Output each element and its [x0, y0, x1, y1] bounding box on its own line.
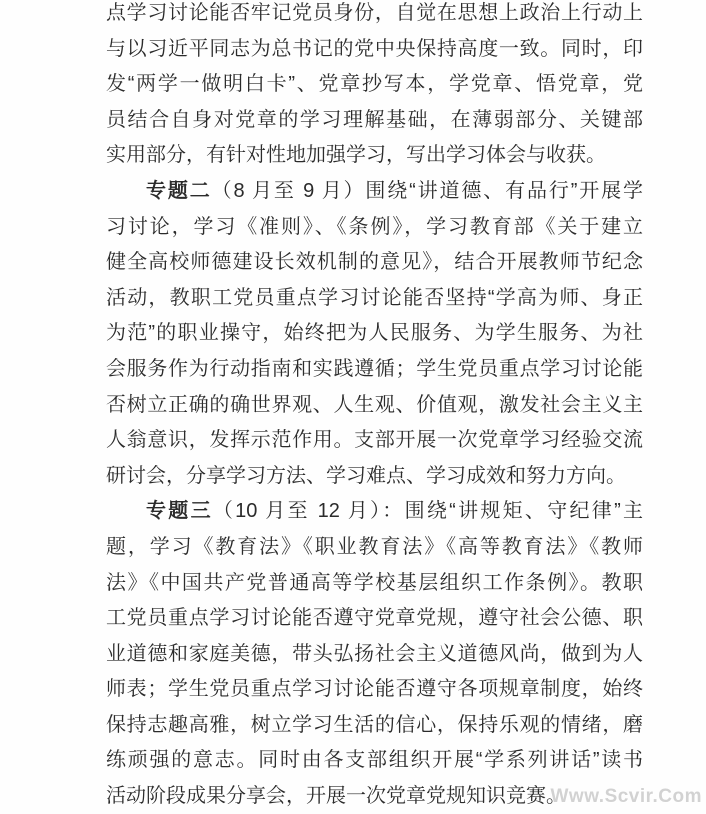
line-text: （10 月至 12 月）：围绕“讲规矩、守纪律”主: [213, 500, 643, 522]
line-text: （8 月至 9 月）围绕“讲道德、有品行”开展学: [212, 180, 643, 202]
text-line: 题，学习《教育法》《职业教育法》《高等教育法》《教师: [106, 530, 643, 566]
line-text: 发“两学一做明白卡”、党章抄写本，学党章、悟党章，党: [106, 73, 643, 95]
text-line: 点学习讨论能否牢记党员身份，自觉在思想上政治上行动上: [106, 0, 643, 32]
text-line: 为范”的职业操守，始终把为人民服务、为学生服务、为社: [106, 316, 643, 352]
text-line: 法》《中国共产党普通高等学校基层组织工作条例》。教职: [106, 566, 643, 602]
line-text: 点学习讨论能否牢记党员身份，自觉在思想上政治上行动上: [106, 2, 643, 24]
line-text: 法》《中国共产党普通高等学校基层组织工作条例》。教职: [106, 572, 643, 594]
line-text: 否树立正确的确世界观、人生观、价值观，激发社会主义主: [106, 394, 643, 416]
line-text: 师表；学生党员重点学习讨论能否遵守各项规章制度，始终: [106, 678, 643, 700]
text-line: 否树立正确的确世界观、人生观、价值观，激发社会主义主: [106, 388, 643, 424]
line-text: 人翁意识，发挥示范作用。支部开展一次党章学习经验交流: [106, 429, 643, 451]
watermark-text: Www.Scvir.Com: [551, 786, 703, 808]
topic-heading: 专题二: [146, 180, 212, 202]
text-line: 健全高校师德建设长效机制的意见》，结合开展教师节纪念: [106, 245, 643, 281]
line-text: 练顽强的意志。同时由各支部组织开展“学系列讲话”读书: [106, 749, 643, 771]
line-text: 题，学习《教育法》《职业教育法》《高等教育法》《教师: [106, 536, 643, 558]
text-line: 实用部分，有针对性地加强学习，写出学习体会与收获。: [106, 138, 643, 174]
line-text: 实用部分，有针对性地加强学习，写出学习体会与收获。: [106, 144, 606, 166]
line-text: 工党员重点学习讨论能否遵守党章党规，遵守社会公德、职: [106, 607, 643, 629]
text-line: 保持志趣高雅，树立学习生活的信心，保持乐观的情绪，磨: [106, 708, 643, 744]
text-line: 业道德和家庭美德，带头弘扬社会主义道德风尚，做到为人: [106, 637, 643, 673]
text-line: 习讨论，学习《准则》、《条例》，学习教育部《关于建立: [106, 210, 643, 246]
topic-heading: 专题三: [146, 500, 213, 522]
line-text: 活动阶段成果分享会，开展一次党章党规知识竞赛。: [106, 785, 566, 807]
document-text: 点学习讨论能否牢记党员身份，自觉在思想上政治上行动上与以习近平同志为总书记的党中…: [106, 0, 643, 814]
text-line: 人翁意识，发挥示范作用。支部开展一次党章学习经验交流: [106, 423, 643, 459]
line-text: 与以习近平同志为总书记的党中央保持高度一致。同时，印: [106, 38, 643, 60]
text-line: 练顽强的意志。同时由各支部组织开展“学系列讲话”读书: [106, 743, 643, 779]
line-text: 为范”的职业操守，始终把为人民服务、为学生服务、为社: [106, 322, 643, 344]
text-line: 专题三（10 月至 12 月）：围绕“讲规矩、守纪律”主: [106, 494, 643, 530]
line-text: 研讨会，分享学习方法、学习难点、学习成效和努力方向。: [106, 465, 626, 487]
text-line: 员结合自身对党章的学习理解基础，在薄弱部分、关键部分、: [106, 103, 643, 139]
line-text: 员结合自身对党章的学习理解基础，在薄弱部分、关键部分、: [106, 109, 643, 139]
text-line: 师表；学生党员重点学习讨论能否遵守各项规章制度，始终: [106, 672, 643, 708]
line-text: 会服务作为行动指南和实践遵循；学生党员重点学习讨论能: [106, 358, 643, 380]
text-line: 会服务作为行动指南和实践遵循；学生党员重点学习讨论能: [106, 352, 643, 388]
text-line: 活动，教职工党员重点学习讨论能否坚持“学高为师、身正: [106, 281, 643, 317]
text-line: 与以习近平同志为总书记的党中央保持高度一致。同时，印: [106, 32, 643, 68]
text-line: 发“两学一做明白卡”、党章抄写本，学党章、悟党章，党: [106, 67, 643, 103]
text-line: 研讨会，分享学习方法、学习难点、学习成效和努力方向。: [106, 459, 643, 495]
line-text: 健全高校师德建设长效机制的意见》，结合开展教师节纪念: [106, 251, 643, 273]
line-text: 习讨论，学习《准则》、《条例》，学习教育部《关于建立: [106, 216, 643, 238]
line-text: 业道德和家庭美德，带头弘扬社会主义道德风尚，做到为人: [106, 643, 643, 665]
line-text: 活动，教职工党员重点学习讨论能否坚持“学高为师、身正: [106, 287, 643, 309]
document-page: 点学习讨论能否牢记党员身份，自觉在思想上政治上行动上与以习近平同志为总书记的党中…: [0, 0, 706, 814]
text-line: 工党员重点学习讨论能否遵守党章党规，遵守社会公德、职: [106, 601, 643, 637]
text-line: 专题二（8 月至 9 月）围绕“讲道德、有品行”开展学: [106, 174, 643, 210]
line-text: 保持志趣高雅，树立学习生活的信心，保持乐观的情绪，磨: [106, 714, 643, 736]
